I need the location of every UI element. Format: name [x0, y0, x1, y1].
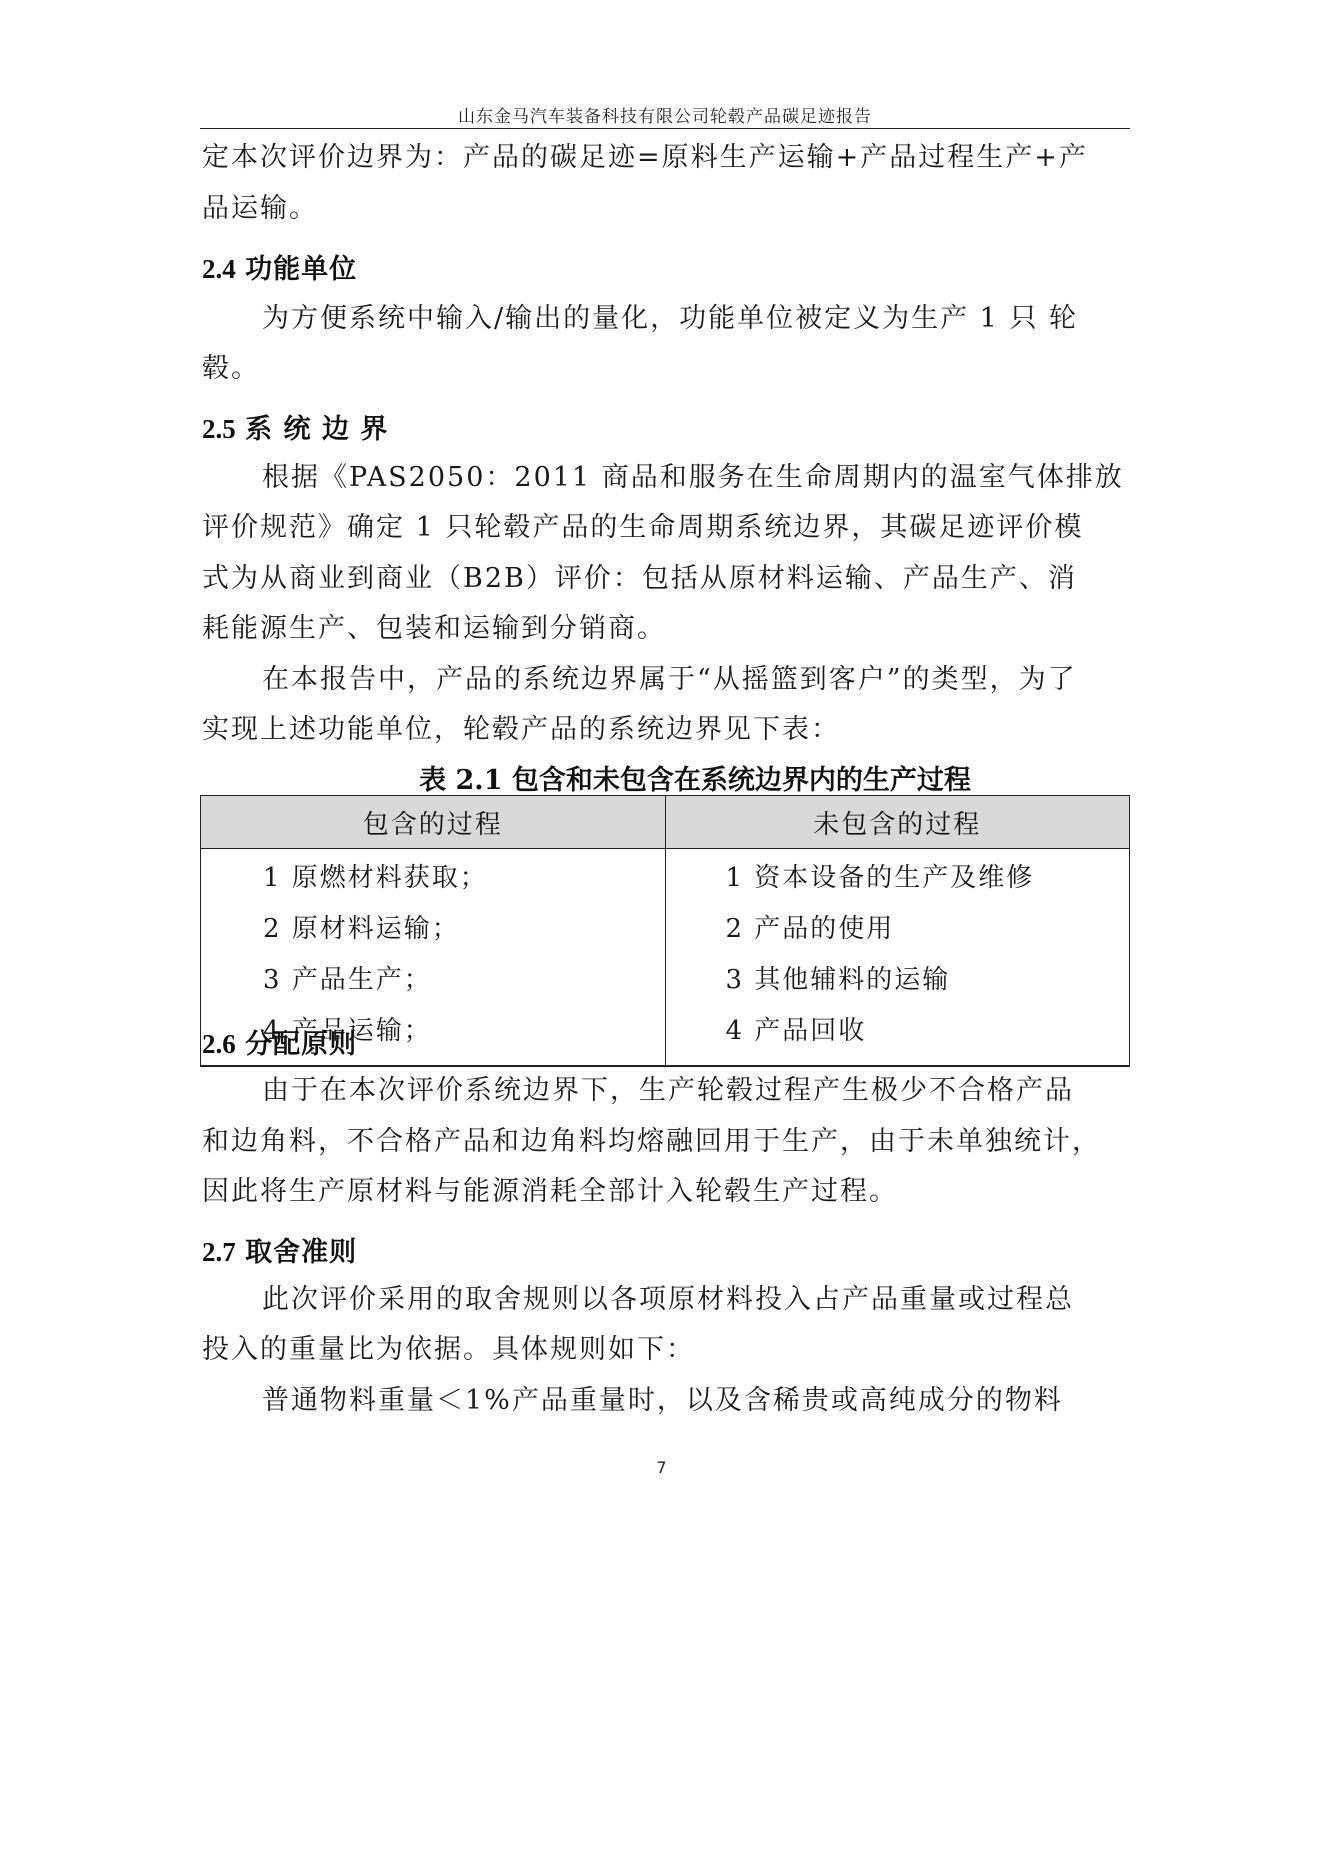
body-text-line: 实现上述功能单位，轮毂产品的系统边界见下表： [202, 707, 840, 746]
header-included: 包含的过程 [201, 796, 666, 849]
list-item: 2 产品的使用 [666, 904, 1130, 955]
body-text-line: 评价规范》确定 1 只轮毂产品的生命周期系统边界，其碳足迹评价模 [202, 505, 1083, 544]
list-item: 1 资本设备的生产及维修 [666, 853, 1130, 904]
section-number: 2.7 [202, 1237, 236, 1267]
header-divider [200, 128, 1130, 129]
header-excluded: 未包含的过程 [665, 796, 1130, 849]
list-item: 2 原材料运输； [201, 904, 665, 955]
section-heading-2-7: 2.7 取舍准则 [202, 1230, 357, 1269]
body-text-line: 由于在本次评价系统边界下，生产轮毂过程产生极少不合格产品 [262, 1068, 1074, 1107]
section-title: 分配原则 [245, 1029, 357, 1060]
section-heading-2-6: 2.6 分配原则 [202, 1022, 357, 1061]
body-text-line: 在本报告中，产品的系统边界属于“从摇篮到客户”的类型，为了 [262, 657, 1077, 696]
section-heading-2-4: 2.4 功能单位 [202, 247, 357, 286]
table-caption: 表 2.1 包含和未包含在系统边界内的生产过程 [200, 758, 1130, 797]
list-item: 4 产品回收 [666, 1006, 1130, 1057]
list-item: 3 其他辅料的运输 [666, 955, 1130, 1006]
body-text-line: 和边角料，不合格产品和边角料均熔融回用于生产，由于未单独统计， [202, 1119, 1101, 1158]
body-text-line: 品运输。 [202, 186, 318, 225]
list-item: 3 产品生产； [201, 955, 665, 1006]
list-item: 1 原燃材料获取； [201, 853, 665, 904]
section-number: 2.5 [202, 414, 236, 444]
section-number: 2.6 [202, 1029, 236, 1059]
table-header-row: 包含的过程 未包含的过程 [201, 796, 1130, 849]
body-text-line: 此次评价采用的取舍规则以各项原材料投入占产品重量或过程总 [262, 1277, 1074, 1316]
body-text-line: 耗能源生产、包装和运输到分销商。 [202, 606, 666, 645]
section-title: 功能单位 [245, 254, 357, 285]
body-text-line: 投入的重量比为依据。具体规则如下： [202, 1327, 695, 1366]
page-number: 7 [0, 1458, 1323, 1477]
body-text-line: 毂。 [202, 346, 260, 385]
body-text-line: 为方便系统中输入/输出的量化，功能单位被定义为生产 1 只 轮 [262, 296, 1078, 335]
section-title: 系 统 边 界 [245, 414, 388, 445]
section-number: 2.4 [202, 254, 236, 284]
body-text-line: 普通物料重量＜1%产品重量时，以及含稀贵或高纯成分的物料 [262, 1378, 1063, 1417]
excluded-cell: 1 资本设备的生产及维修 2 产品的使用 3 其他辅料的运输 4 产品回收 [665, 849, 1130, 1067]
section-heading-2-5: 2.5 系 统 边 界 [202, 407, 388, 446]
section-title: 取舍准则 [245, 1237, 357, 1268]
body-text-line: 根据《PAS2050：2011 商品和服务在生命周期内的温室气体排放 [262, 455, 1124, 494]
report-header-title: 山东金马汽车装备科技有限公司轮毂产品碳足迹报告 [200, 102, 1130, 127]
body-text-line: 因此将生产原材料与能源消耗全部计入轮毂生产过程。 [202, 1169, 898, 1208]
body-text-line: 式为从商业到商业（B2B）评价：包括从原材料运输、产品生产、消 [202, 556, 1077, 595]
body-text-line: 定本次评价边界为：产品的碳足迹=原料生产运输+产品过程生产+产 [202, 135, 1088, 174]
